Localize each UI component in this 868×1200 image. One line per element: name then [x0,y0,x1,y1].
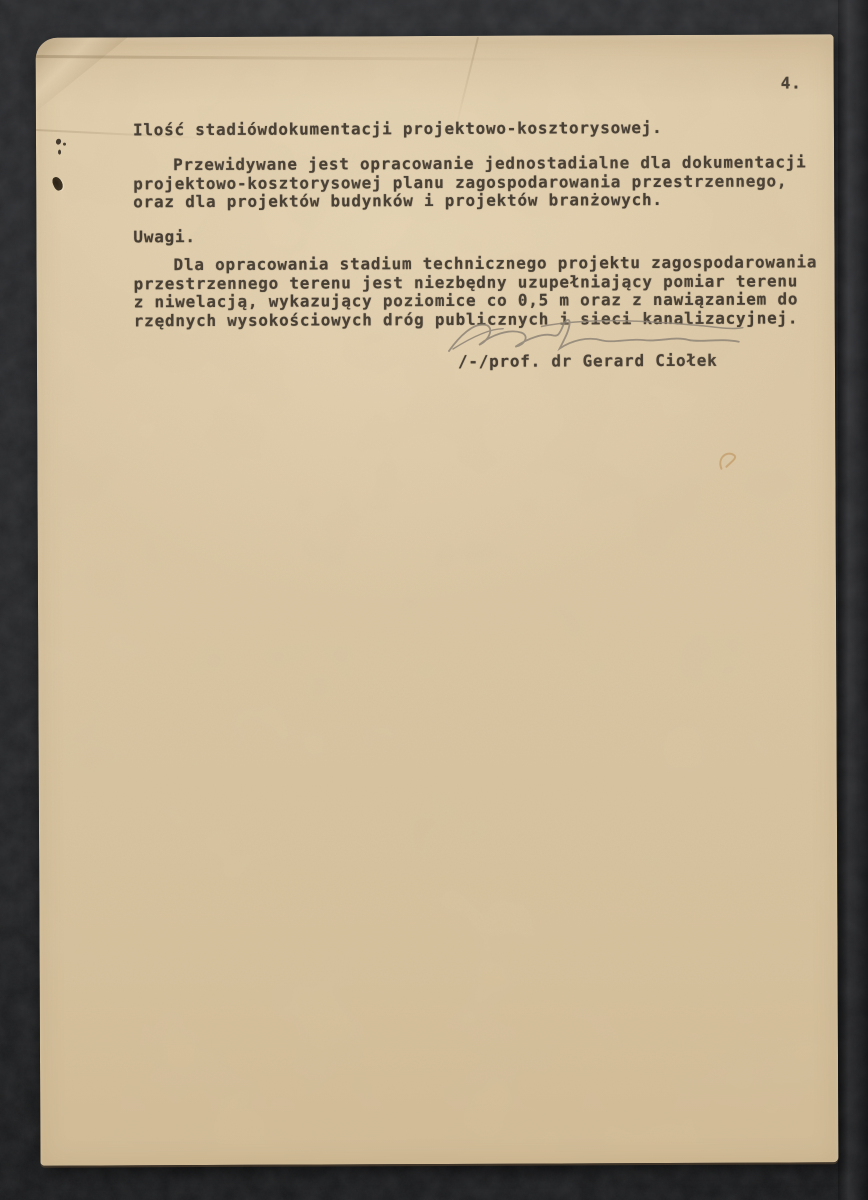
dog-ear-corner-fold [36,37,128,111]
photo-edge-shadow [838,0,868,1200]
pencil-stain-mark [713,447,743,477]
scanned-document-photo: 4. Ilość stadiówdokumentacji projektowo-… [0,0,868,1200]
paper-crease [36,55,556,61]
ink-speck [63,143,66,146]
page-number: 4. [781,74,802,93]
staple-hole [51,175,65,191]
ink-speck [55,138,62,145]
paragraph-1: Przewidywane jest opracowanie jednostadi… [133,153,807,212]
paragraph-1-line: oraz dla projektów budynków i projektów … [133,191,806,213]
ink-speck [58,150,61,155]
typed-signature-name: /-/prof. dr Gerard Ciołek [458,352,718,372]
document-page: 4. Ilość stadiówdokumentacji projektowo-… [36,34,839,1165]
paper-crease [454,37,479,130]
document-heading: Ilość stadiówdokumentacji projektowo-kos… [133,119,663,140]
section-heading: Uwagi. [133,228,195,247]
